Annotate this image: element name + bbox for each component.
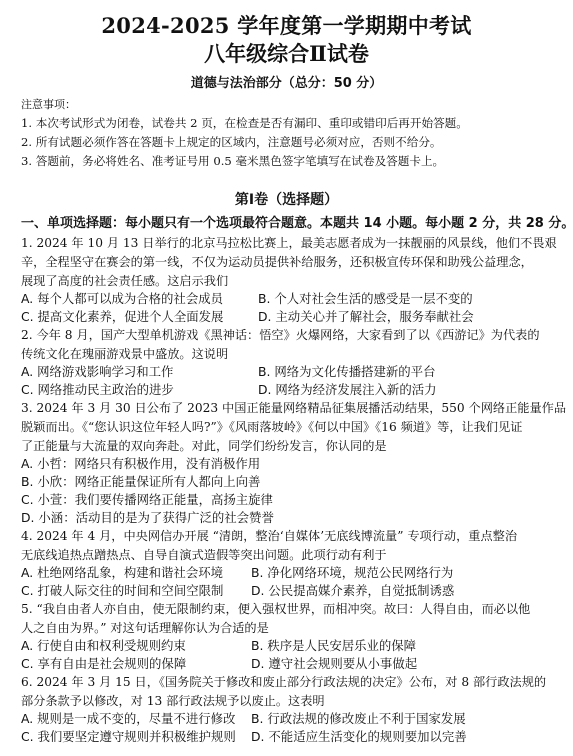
question-stem: 5. “我自由者人亦自由，使无限制约束，便入强权世界，而相冲突。故曰：人得自由，… <box>21 601 530 617</box>
option-d: D. 网络为经济发展注入新的活力 <box>258 382 437 398</box>
question-stem: 脱颖而出。《“您认识这位年轻人吗?”》《风雨落坡岭》《何以中国》《16 频道》等… <box>21 419 522 435</box>
option-b: B. 行政法规的修改废止不利于国家发展 <box>251 711 466 727</box>
option-b: B. 个人对社会生活的感受是一层不变的 <box>258 291 473 307</box>
option-b: B. 秩序是人民安居乐业的保障 <box>251 638 416 654</box>
note-item: 2. 所有试题必须作答在答题卡上规定的区域内，注意题号必须对应，否则不给分。 <box>21 134 442 150</box>
option-a: A. 小哲：网络只有积极作用，没有消极作用 <box>21 456 260 472</box>
question-stem: 辛，全程坚守在赛会的第一线，不仅为运动员提供补给服务，还积极宣传环保和助残公益理… <box>21 254 533 270</box>
option-d: D. 公民提高媒介素养，自觉抵制诱惑 <box>251 583 454 599</box>
question-stem: 展现了高度的社会责任感。这启示我们 <box>21 273 228 289</box>
option-a: A. 规则是一成不变的，尽量不进行修改 <box>21 711 235 727</box>
option-d: D. 小涵：活动目的是为了获得广泛的社会赞誉 <box>21 510 274 526</box>
option-c: C. 享有自由是社会规则的保障 <box>21 656 186 672</box>
option-a: A. 杜绝网络乱象，构建和谐社会环境 <box>21 565 223 581</box>
option-d: D. 主动关心并了解社会，服务奉献社会 <box>258 309 474 325</box>
option-d: D. 遵守社会规则要从小事做起 <box>251 656 417 672</box>
exam-subtitle-grade: 八年级综合Ⅱ试卷 <box>0 38 573 68</box>
option-c: C. 我们要坚定遵守规则并积极维护规则 <box>21 729 236 745</box>
question-stem: 6. 2024 年 3 月 15 日，《国务院关于修改和废止部分行政法规的决定》… <box>21 674 546 690</box>
option-a: A. 每个人都可以成为合格的社会成员 <box>21 291 223 307</box>
option-c: C. 小萱：我们要传播网络正能量，高扬主旋律 <box>21 492 273 508</box>
section-title: 第Ⅰ卷（选择题） <box>0 189 573 209</box>
question-stem: 2. 今年 8 月，国产大型单机游戏《黑神话：悟空》火爆网络，大家看到了以《西游… <box>21 327 540 343</box>
option-b: B. 网络为文化传播搭建新的平台 <box>258 364 435 380</box>
question-stem: 部分条款予以修改，对 13 部行政法规予以废止。这表明 <box>21 693 325 709</box>
question-stem: 人之自由为界。” 对这句话理解你认为合适的是 <box>21 620 269 636</box>
option-d: D. 不能适应生活变化的规则要加以完善 <box>251 729 467 745</box>
option-c: C. 打破人际交往的时间和空间空限制 <box>21 583 223 599</box>
question-stem: 3. 2024 年 3 月 30 日公布了 2023 中国正能量网络精品征集展播… <box>21 400 566 416</box>
option-c: C. 提高文化素养，促进个人全面发展 <box>21 309 223 325</box>
question-stem: 传统文化在瑰丽游戏景中盛放。这说明 <box>21 346 228 362</box>
question-stem: 了正能量与大流量的双向奔赴。对此，同学们纷纷发言，你认同的是 <box>21 438 387 454</box>
option-b: B. 小欣：网络正能量保证所有人都向上向善 <box>21 474 260 490</box>
notes-heading: 注意事项： <box>21 97 76 113</box>
part-title: 道德与法治部分（总分：50 分） <box>0 72 573 91</box>
option-a: A. 网络游戏影响学习和工作 <box>21 364 173 380</box>
option-c: C. 网络推动民主政治的进步 <box>21 382 174 398</box>
note-item: 1. 本次考试形式为闭卷，试卷共 2 页，在检查是否有漏印、重印或错印后再开始答… <box>21 115 468 131</box>
option-a: A. 行使自由和权利受规则约束 <box>21 638 186 654</box>
option-b: B. 净化网络环境，规范公民网络行为 <box>251 565 453 581</box>
exam-title: 2024-2025 学年度第一学期期中考试 <box>0 10 573 40</box>
note-item: 3. 答题前，务必将姓名、准考证号用 0.5 毫米黑色签字笔填写在试卷及答题卡上… <box>21 153 444 169</box>
question-stem: 1. 2024 年 10 月 13 日举行的北京马拉松比赛上，最美志愿者成为一抹… <box>21 235 557 251</box>
section-heading: 一、单项选择题：每小题只有一个选项最符合题意。本题共 14 小题。每小题 2 分… <box>21 216 573 232</box>
question-stem: 4. 2024 年 4 月，中央网信办开展 “清朗，整治‘自媒体’无底线博流量”… <box>21 528 517 544</box>
question-stem: 无底线追热点蹭热点、自导自演式造假等突出问题。此项行动有利于 <box>21 547 387 563</box>
